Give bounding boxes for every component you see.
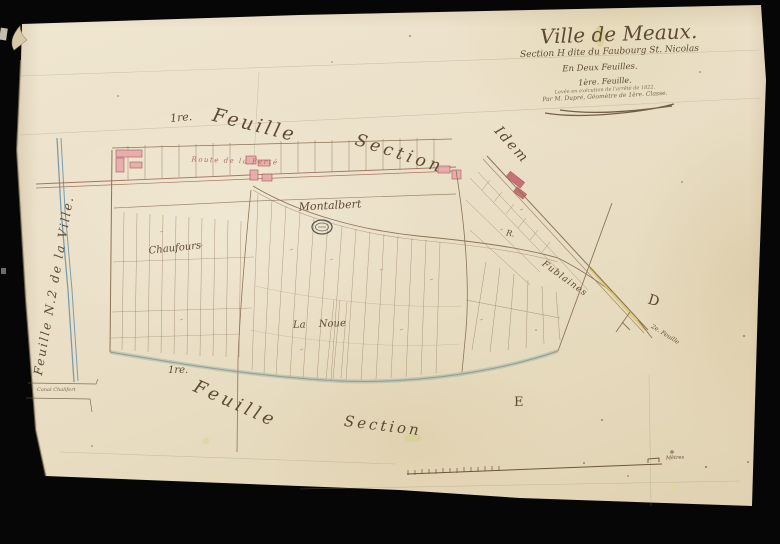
map-linework — [0, 0, 780, 544]
section-boundary — [110, 203, 612, 381]
map-title: Ville de Meaux. — [540, 21, 686, 46]
scan-fragment — [0, 28, 8, 41]
pencil-guides — [20, 50, 760, 506]
scan-fragment — [1, 268, 6, 274]
scanned-map-sheet: Ville de Meaux. Section H dite du Faubou… — [0, 0, 780, 544]
scale-bar — [407, 458, 662, 475]
bottom-sheet-ordinal: 1re. — [168, 366, 188, 376]
north-road — [36, 167, 456, 188]
scale-unit-label: Mètres — [666, 456, 684, 462]
label-canal: Canal Chalifert — [37, 388, 76, 393]
torn-edge — [17, 60, 46, 476]
label-r: R. — [505, 229, 515, 238]
adjacent-section-e: E — [514, 396, 524, 409]
east-block — [466, 156, 652, 352]
top-sheet-ordinal: 1re. — [170, 111, 193, 124]
oval-stamp-icon — [312, 220, 332, 234]
paper-fold — [12, 26, 27, 50]
canal-end-marks — [26, 379, 98, 412]
